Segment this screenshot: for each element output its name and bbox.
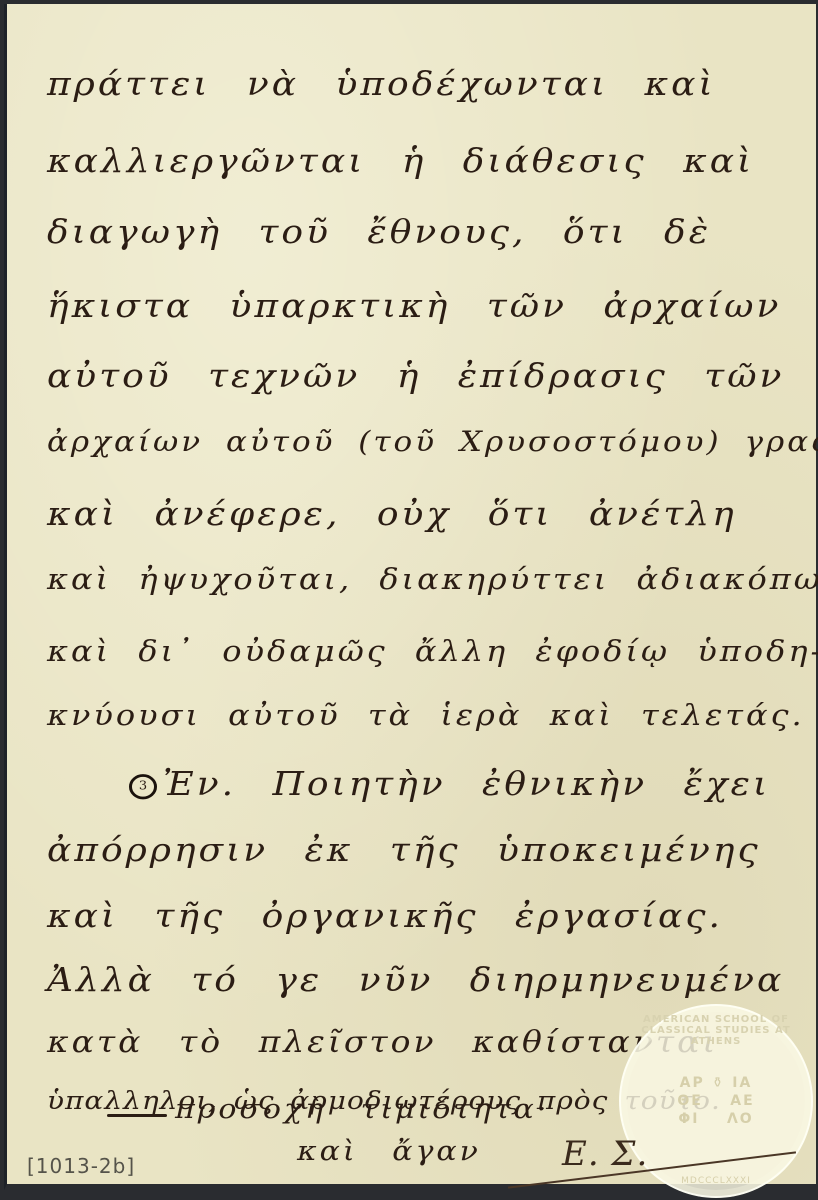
manuscript-line-6: ἀρχαίων αὐτοῦ (τοῦ Χρυσοστόμου) γραφῶν (47, 426, 786, 458)
manuscript-line-11: 3Ἐν. Ποιητὴν ἐθνικὴν ἔχει (129, 766, 786, 803)
manuscript-line-7: καὶ ἀνέφερε, οὐχ ὅτι ἀνέτλη (47, 496, 786, 533)
manuscript-line-13: καὶ τῆς ὀργανικῆς ἐργασίας. (47, 898, 786, 935)
catalog-label: [1013-2b] (27, 1154, 135, 1178)
manuscript-line-4: ἥκιστα ὑπαρκτικὴ τῶν ἀρχαίων (47, 288, 786, 325)
manuscript-line-11-text: Ἐν. Ποιητὴν ἐθνικὴν ἔχει (163, 766, 770, 803)
seal-date-text: MDCCCLXXXI (621, 1176, 811, 1186)
signature: Ε. Σ. (562, 1134, 648, 1174)
section-number-marker: 3 (129, 774, 157, 799)
manuscript-line-2: καλλιεργῶνται ἡ διάθεσις καὶ (47, 143, 786, 180)
letter-page: πράττει νὰ ὑποδέχωνται καὶ καλλιεργῶνται… (4, 4, 816, 1190)
seal-ring-text: AMERICAN SCHOOL OF CLASSICAL STUDIES AT … (621, 1014, 811, 1047)
manuscript-line-1: πράττει νὰ ὑποδέχωνται καὶ (47, 66, 786, 103)
manuscript-line-10: κνύουσι αὐτοῦ τὰ ἱερὰ καὶ τελετάς. (47, 698, 786, 732)
manuscript-line-5: αὐτοῦ τεχνῶν ἡ ἐπίδρασις τῶν (47, 358, 786, 395)
seal-emblem: ΑΡ ⚱ ΙΑ ΘΕ ΑΕ ΦΙ ΛΟ (677, 1074, 754, 1128)
manuscript-line-8: καὶ ἠψυχοῦται, διακηρύττει ἀδιακόπως (47, 562, 786, 596)
flourish-stroke (107, 1114, 167, 1117)
manuscript-line-14: Ἀλλὰ τό γε νῦν διηρμηνευμένα (47, 962, 786, 999)
manuscript-line-9: καὶ δι᾿ οὐδαμῶς ἄλλη ἐφοδίῳ ὑποδη- (47, 634, 786, 668)
manuscript-line-12: ἀπόρρησιν ἐκ τῆς ὑποκειμένης (47, 832, 786, 869)
manuscript-line-3: διαγωγὴ τοῦ ἔθνους, ὅτι δὲ (47, 214, 786, 251)
